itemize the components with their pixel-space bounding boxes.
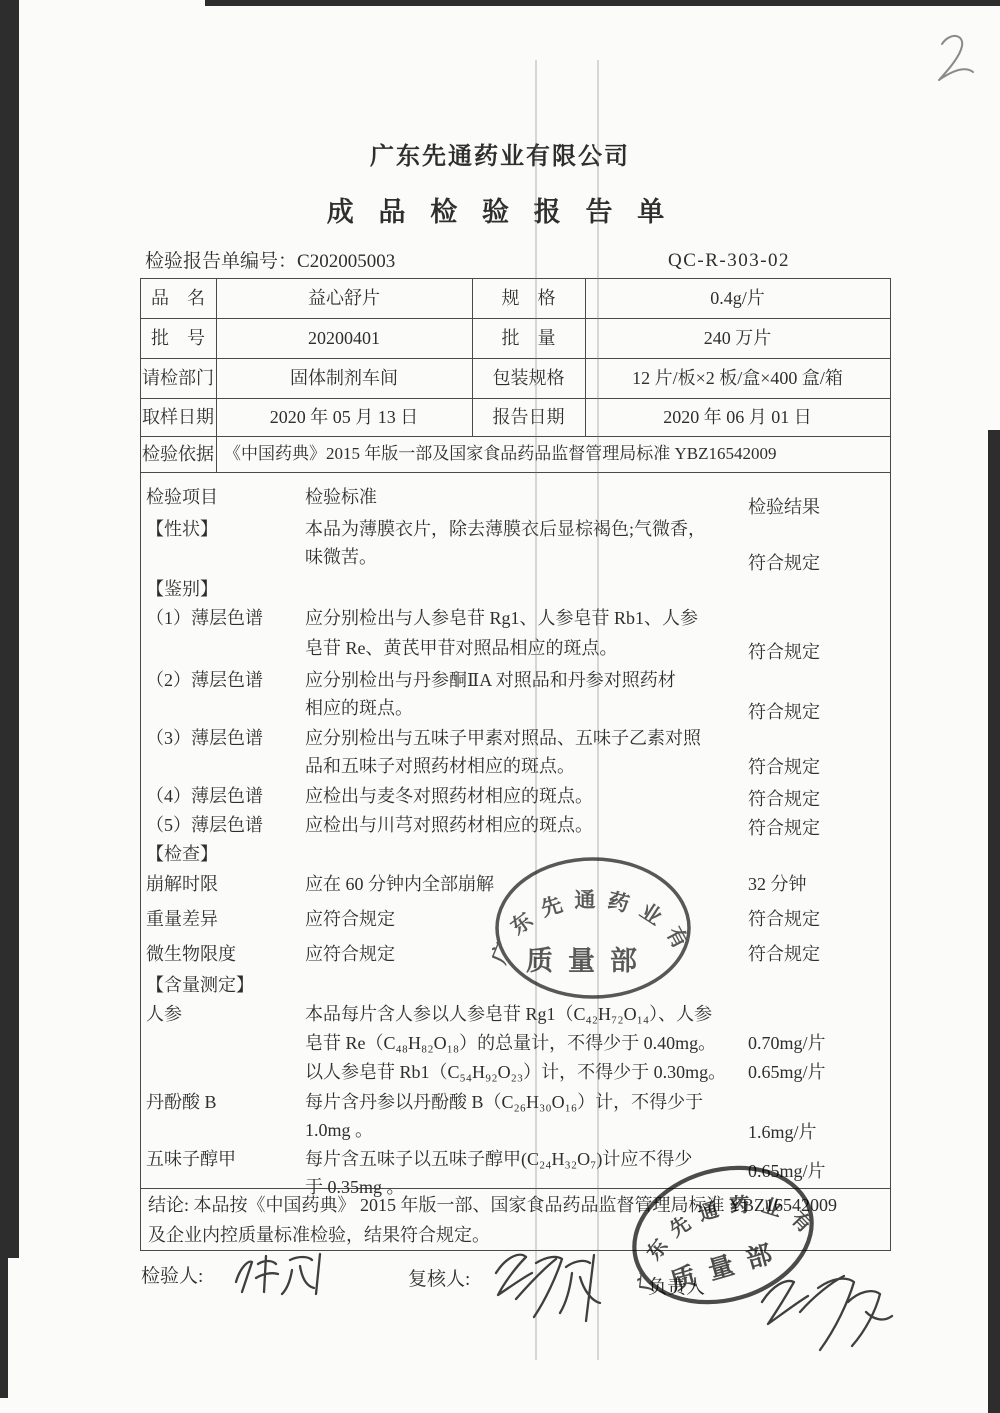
inspection-standard: 应分别检出与丹参酮ⅡA 对照品和丹参对照药材	[305, 669, 676, 691]
inspection-standard: 应检出与川芎对照药材相应的斑点。	[305, 814, 593, 836]
inspection-item: 【鉴别】	[146, 578, 218, 600]
inspection-standard: 味微苦。	[305, 546, 377, 568]
table-hline	[140, 472, 890, 473]
inspection-result: 符合规定	[748, 701, 820, 723]
handwritten-page-number	[928, 28, 982, 90]
inspection-item: 【含量测定】	[146, 974, 254, 996]
inspection-standard: 1.0mg 。	[305, 1119, 373, 1141]
inspection-result: 符合规定	[748, 908, 820, 930]
info-value: 0.4g/片	[585, 278, 890, 318]
inspection-standard: 应分别检出与人参皂苷 Rg1、人参皂苷 Rb1、人参	[305, 607, 698, 629]
info-label: 品 名	[140, 278, 216, 318]
scan-edge-left	[0, 0, 19, 1258]
inspector-signature	[228, 1248, 340, 1304]
info-label: 报告日期	[472, 398, 585, 436]
inspection-result: 符合规定	[748, 552, 820, 574]
inspection-standard: 应符合规定	[305, 908, 395, 930]
info-value: 益心舒片	[216, 278, 472, 318]
inspection-item: 【检查】	[146, 843, 218, 865]
inspection-result: 符合规定	[748, 788, 820, 810]
inspection-item: 人参	[146, 1003, 182, 1025]
quality-dept-stamp: 广东先通药业有限公司 质量部	[492, 854, 694, 1002]
info-value: 2020 年 05 月 13 日	[216, 398, 472, 436]
inspection-standard: 本品每片含人参以人参皂苷 Rg1（C₄₂H₇₂O₁₄）、人参	[305, 1003, 712, 1025]
inspection-standard: 应分别检出与五味子甲素对照品、五味子乙素对照	[305, 727, 701, 749]
reviewer-label: 复核人:	[408, 1264, 470, 1291]
info-value: 20200401	[216, 318, 472, 358]
inspection-result: 符合规定	[748, 641, 820, 663]
report-number-label: 检验报告单编号：	[145, 251, 297, 272]
page-title: 成 品 检 验 报 告 单	[0, 190, 1000, 229]
inspection-standard: 检验标准	[305, 486, 377, 508]
inspection-result: 符合规定	[748, 943, 820, 965]
inspection-item: （2）薄层色谱	[146, 669, 263, 691]
reviewer-signature	[486, 1243, 610, 1331]
info-value: 2020 年 06 月 01 日	[585, 398, 890, 436]
inspection-result: 符合规定	[748, 756, 820, 778]
inspection-item: 崩解时限	[146, 873, 218, 895]
inspection-standard: 皂苷 Re、黄芪甲苷对照品相应的斑点。	[305, 637, 618, 659]
inspection-item: 检验项目	[146, 486, 218, 508]
inspection-report-page: 广东先通药业有限公司 成 品 检 验 报 告 单 检验报告单编号：C202005…	[0, 0, 1000, 1413]
scan-edge-top	[205, 0, 1000, 6]
info-label: 检验依据	[140, 436, 216, 472]
info-value: 12 片/板×2 板/盒×400 盒/箱	[585, 358, 890, 398]
approver-signature	[748, 1262, 898, 1362]
report-number-line: 检验报告单编号：C202005003	[145, 246, 395, 273]
paper-crease-left	[535, 60, 537, 1360]
info-basis-value: 《中国药典》2015 年版一部及国家食品药品监督管理局标准 YBZ1654200…	[216, 436, 898, 472]
inspection-result: 符合规定	[748, 817, 820, 839]
info-value: 240 万片	[585, 318, 890, 358]
inspection-item: （4）薄层色谱	[146, 785, 263, 807]
inspection-standard: 相应的斑点。	[305, 697, 413, 719]
conclusion-line: 及企业内控质量标准检验，结果符合规定。	[148, 1224, 490, 1246]
inspection-item: 【性状】	[146, 518, 218, 540]
report-number-value: C202005003	[297, 251, 395, 272]
inspector-label: 检验人:	[141, 1261, 203, 1288]
info-label: 包装规格	[472, 358, 585, 398]
info-value: 固体制剂车间	[216, 358, 472, 398]
inspection-result: 0.70mg/片	[748, 1032, 826, 1054]
inspection-item: （5）薄层色谱	[146, 814, 263, 836]
inspection-item: 重量差异	[146, 908, 218, 930]
inspection-standard: 以人参皂苷 Rb1（C₅₄H₉₂O₂₃）计，不得少于 0.30mg。	[305, 1061, 726, 1083]
info-label: 批 号	[140, 318, 216, 358]
inspection-standard: 皂苷 Re（C₄₈H₈₂O₁₈）的总量计，不得少于 0.40mg。	[305, 1032, 716, 1054]
inspection-item: 丹酚酸 B	[146, 1091, 217, 1113]
scan-edge-left-lower	[0, 1258, 8, 1398]
inspection-result: 0.65mg/片	[748, 1061, 826, 1083]
inspection-standard: 本品为薄膜衣片，除去薄膜衣后显棕褐色;气微香，	[305, 518, 706, 540]
inspection-standard: 应检出与麦冬对照药材相应的斑点。	[305, 785, 593, 807]
company-name: 广东先通药业有限公司	[0, 136, 1000, 171]
form-code: QC-R-303-02	[668, 250, 790, 272]
inspection-standard: 每片含丹参以丹酚酸 B（C₂₆H₃₀O₁₆）计，不得少于	[305, 1091, 703, 1113]
paper-crease-right	[597, 60, 599, 1360]
inspection-item: （1）薄层色谱	[146, 607, 263, 629]
scan-edge-right	[988, 430, 1000, 1413]
inspection-item: 微生物限度	[146, 943, 236, 965]
inspection-item: （3）薄层色谱	[146, 727, 263, 749]
info-label: 规 格	[472, 278, 585, 318]
inspection-standard: 应在 60 分钟内全部崩解	[305, 873, 494, 895]
info-label: 批 量	[472, 318, 585, 358]
inspection-standard: 应符合规定	[305, 943, 395, 965]
inspection-result: 检验结果	[748, 496, 820, 518]
info-label: 取样日期	[140, 398, 216, 436]
inspection-item: 五味子醇甲	[146, 1148, 236, 1170]
table-border-right	[890, 278, 891, 1251]
stamp-dept-text: 质量部	[526, 946, 652, 976]
inspection-standard: 每片含五味子以五味子醇甲(C₂₄H₃₂O₇)计应不得少	[305, 1148, 692, 1170]
info-label: 请检部门	[140, 358, 216, 398]
inspection-result: 32 分钟	[748, 873, 807, 895]
